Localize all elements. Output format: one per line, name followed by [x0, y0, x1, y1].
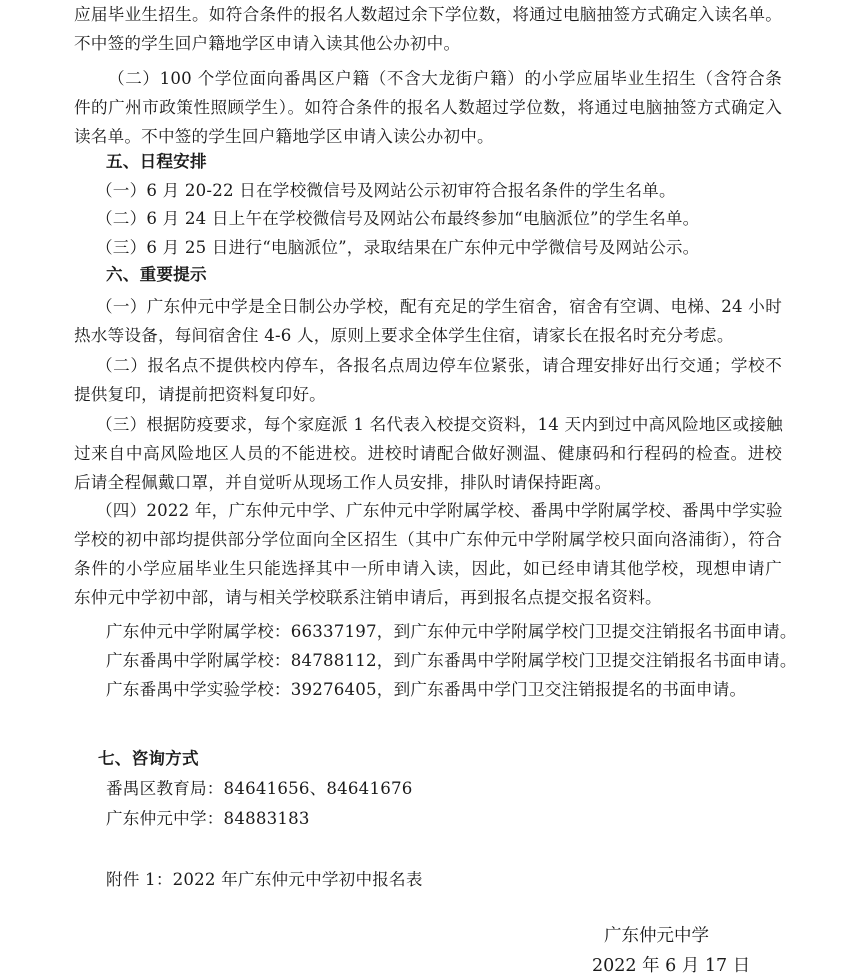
signature-organization: 广东仲元中学	[604, 924, 709, 948]
section-heading-notes: 六、重要提示	[106, 264, 814, 286]
schedule-item: （二）6 月 24 日上午在学校微信号及网站公布最终参加“电脑派位”的学生名单。	[96, 208, 804, 230]
contact-line: 广东仲元中学附属学校：66337197，到广东仲元中学附属学校门卫提交注销报名书…	[106, 621, 814, 643]
paragraph-line: 热水等设备，每间宿舍住 4-6 人，原则上要求全体学生住宿，请家长在报名时充分考…	[74, 325, 782, 347]
paragraph-line: 读名单。不中签的学生回户籍地学区申请入读公办初中。	[74, 126, 782, 148]
attachment-note: 附件 1：2022 年广东仲元中学初中报名表	[106, 869, 814, 891]
schedule-item: （三）6 月 25 日进行“电脑派位”，录取结果在广东仲元中学微信号及网站公示。	[96, 237, 804, 259]
schedule-item: （一）6 月 20-22 日在学校微信号及网站公示初审符合报名条件的学生名单。	[96, 180, 804, 202]
paragraph-line: 应届毕业生招生。如符合条件的报名人数超过余下学位数，将通过电脑抽签方式确定入读名…	[74, 4, 782, 26]
section-heading-schedule: 五、日程安排	[106, 151, 814, 173]
document-page: 应届毕业生招生。如符合条件的报名人数超过余下学位数，将通过电脑抽签方式确定入读名…	[0, 0, 846, 976]
paragraph-line: （二）报名点不提供校内停车，各报名点周边停车位紧张，请合理安排好出行交通；学校不	[96, 355, 782, 377]
contact-line: 广东番禺中学附属学校：84788112，到广东番禺中学附属学校门卫提交注销报名书…	[106, 650, 814, 672]
paragraph-line: 学校的初中部均提供部分学位面向全区招生（其中广东仲元中学附属学校只面向洛浦街），…	[74, 529, 782, 551]
paragraph-line: 过来自中高风险地区人员的不能进校。进校时请配合做好测温、健康码和行程码的检查。进…	[74, 443, 782, 465]
paragraph-line: 条件的小学应届毕业生只能选择其中一所申请入读，因此，如已经申请其他学校，现想申请…	[74, 558, 782, 580]
paragraph-line: 提供复印，请提前把资料复印好。	[74, 384, 782, 406]
paragraph-line: （一）广东仲元中学是全日制公办学校，配有充足的学生宿舍，宿舍有空调、电梯、24 …	[96, 296, 782, 318]
paragraph-line: 件的广州市政策性照顾学生）。如符合条件的报名人数超过学位数，将通过电脑抽签方式确…	[74, 97, 782, 119]
contact-line: 广东番禺中学实验学校：39276405，到广东番禺中学门卫交注销报提名的书面申请…	[106, 679, 814, 701]
paragraph-line: （二）100 个学位面向番禺区户籍（不含大龙街户籍）的小学应届毕业生招生（含符合…	[108, 68, 782, 90]
contact-line: 广东仲元中学：84883183	[106, 808, 814, 830]
paragraph-line: 不中签的学生回户籍地学区申请入读其他公办初中。	[74, 33, 782, 55]
contact-line: 番禺区教育局：84641656、84641676	[106, 778, 814, 800]
paragraph-line: 东仲元中学初中部，请与相关学校联系注销申请后，再到报名点提交报名资料。	[74, 587, 782, 609]
signature-date: 2022 年 6 月 17 日	[592, 954, 750, 976]
paragraph-line: （四）2022 年，广东仲元中学、广东仲元中学附属学校、番禺中学附属学校、番禺中…	[96, 500, 782, 522]
paragraph-line: （三）根据防疫要求，每个家庭派 1 名代表入校提交资料，14 天内到过中高风险地…	[96, 414, 782, 436]
section-heading-contact: 七、咨询方式	[98, 748, 806, 770]
paragraph-line: 后请全程佩戴口罩，并自觉听从现场工作人员安排，排队时请保持距离。	[74, 472, 782, 494]
